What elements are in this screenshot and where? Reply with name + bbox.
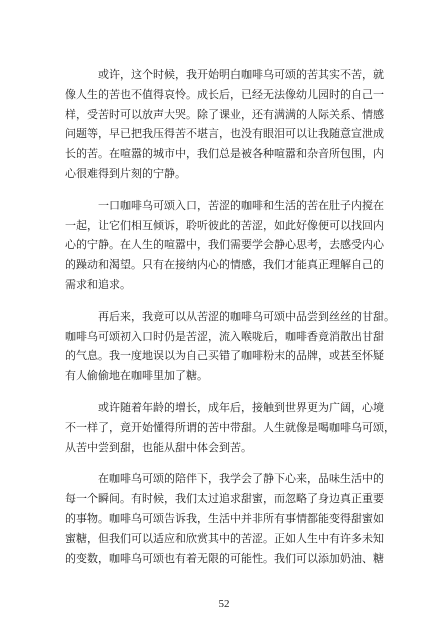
text-line: 或许，这个时候，我开始明白咖啡乌可颂的苦其实不苦，就 — [65, 65, 384, 85]
text-line: 样，受苦时可以放声大哭。除了课业，还有满满的人际关系、情感 — [65, 105, 384, 125]
text-line: 一起，让它们相互倾诉，聆听彼此的苦涩，如此好像便可以找回内 — [65, 216, 384, 236]
text-line: 有人偷偷地在咖啡里加了糖。 — [65, 366, 384, 386]
text-line: 的躁动和渴望。只有在接纳内心的情感，我们才能真正理解自己的 — [65, 255, 384, 275]
text-line: 长的苦。在喧嚣的城市中，我们总是被各种喧嚣和杂音所包围，内 — [65, 144, 384, 164]
book-page: 或许，这个时候，我开始明白咖啡乌可颂的苦其实不苦，就 像人生的苦也不值得哀怜。成… — [0, 0, 448, 640]
paragraph-5: 在咖啡乌可颂的陪伴下，我学会了静下心来，品味生活中的 每一个瞬间。有时候，我们太… — [65, 469, 384, 568]
paragraph-3: 再后来，我竟可以从苦涩的咖啡乌可颂中品尝到丝丝的甘甜。 咖啡乌可颂初入口时仍是苦… — [65, 307, 384, 386]
text-line: 每一个瞬间。有时候，我们太过追求甜蜜，而忽略了身边真正重要 — [65, 489, 384, 509]
text-line: 一口咖啡乌可颂入口，苦涩的咖啡和生活的苦在肚子内搅在 — [65, 196, 384, 216]
text-line: 的变数，咖啡乌可颂也有着无限的可能性。我们可以添加奶油、糖 — [65, 549, 384, 569]
text-line: 的气息。我一度地误以为自己买错了咖啡粉末的品牌，或甚至怀疑 — [65, 346, 384, 366]
text-line: 的事物。咖啡乌可颂告诉我，生活中并非所有事情都能变得甜蜜如 — [65, 509, 384, 529]
text-line: 心的宁静。在人生的喧嚣中，我们需要学会静心思考，去感受内心 — [65, 235, 384, 255]
page-number: 52 — [0, 597, 448, 611]
text-line: 像人生的苦也不值得哀怜。成长后，已经无法像幼儿园时的自己一 — [65, 85, 384, 105]
text-line: 需求和追求。 — [65, 275, 384, 295]
body-text: 或许，这个时候，我开始明白咖啡乌可颂的苦其实不苦，就 像人生的苦也不值得哀怜。成… — [65, 65, 384, 580]
text-line: 从苦中尝到甜，也能从甜中体会到苦。 — [65, 438, 384, 458]
paragraph-4: 或许随着年龄的增长，成年后，接触到世界更为广阔，心境 不一样了，竟开始懂得所谓的… — [65, 398, 384, 457]
text-line: 再后来，我竟可以从苦涩的咖啡乌可颂中品尝到丝丝的甘甜。 — [65, 307, 384, 327]
paragraph-1: 或许，这个时候，我开始明白咖啡乌可颂的苦其实不苦，就 像人生的苦也不值得哀怜。成… — [65, 65, 384, 184]
text-line: 或许随着年龄的增长，成年后，接触到世界更为广阔，心境 — [65, 398, 384, 418]
text-line: 咖啡乌可颂初入口时仍是苦涩，流入喉咙后，咖啡香竟消散出甘甜 — [65, 327, 384, 347]
text-line: 不一样了，竟开始懂得所谓的苦中带甜。人生就像是喝咖啡乌可颂， — [65, 418, 384, 438]
text-line: 问题等，早已把我压得苦不堪言，也没有眼泪可以让我随意宣泄成 — [65, 124, 384, 144]
text-line: 心很难得到片刻的宁静。 — [65, 164, 384, 184]
text-line: 蜜糖，但我们可以适应和欣赏其中的苦涩。正如人生中有许多未知 — [65, 529, 384, 549]
text-line: 在咖啡乌可颂的陪伴下，我学会了静下心来，品味生活中的 — [65, 469, 384, 489]
paragraph-2: 一口咖啡乌可颂入口，苦涩的咖啡和生活的苦在肚子内搅在 一起，让它们相互倾诉，聆听… — [65, 196, 384, 295]
